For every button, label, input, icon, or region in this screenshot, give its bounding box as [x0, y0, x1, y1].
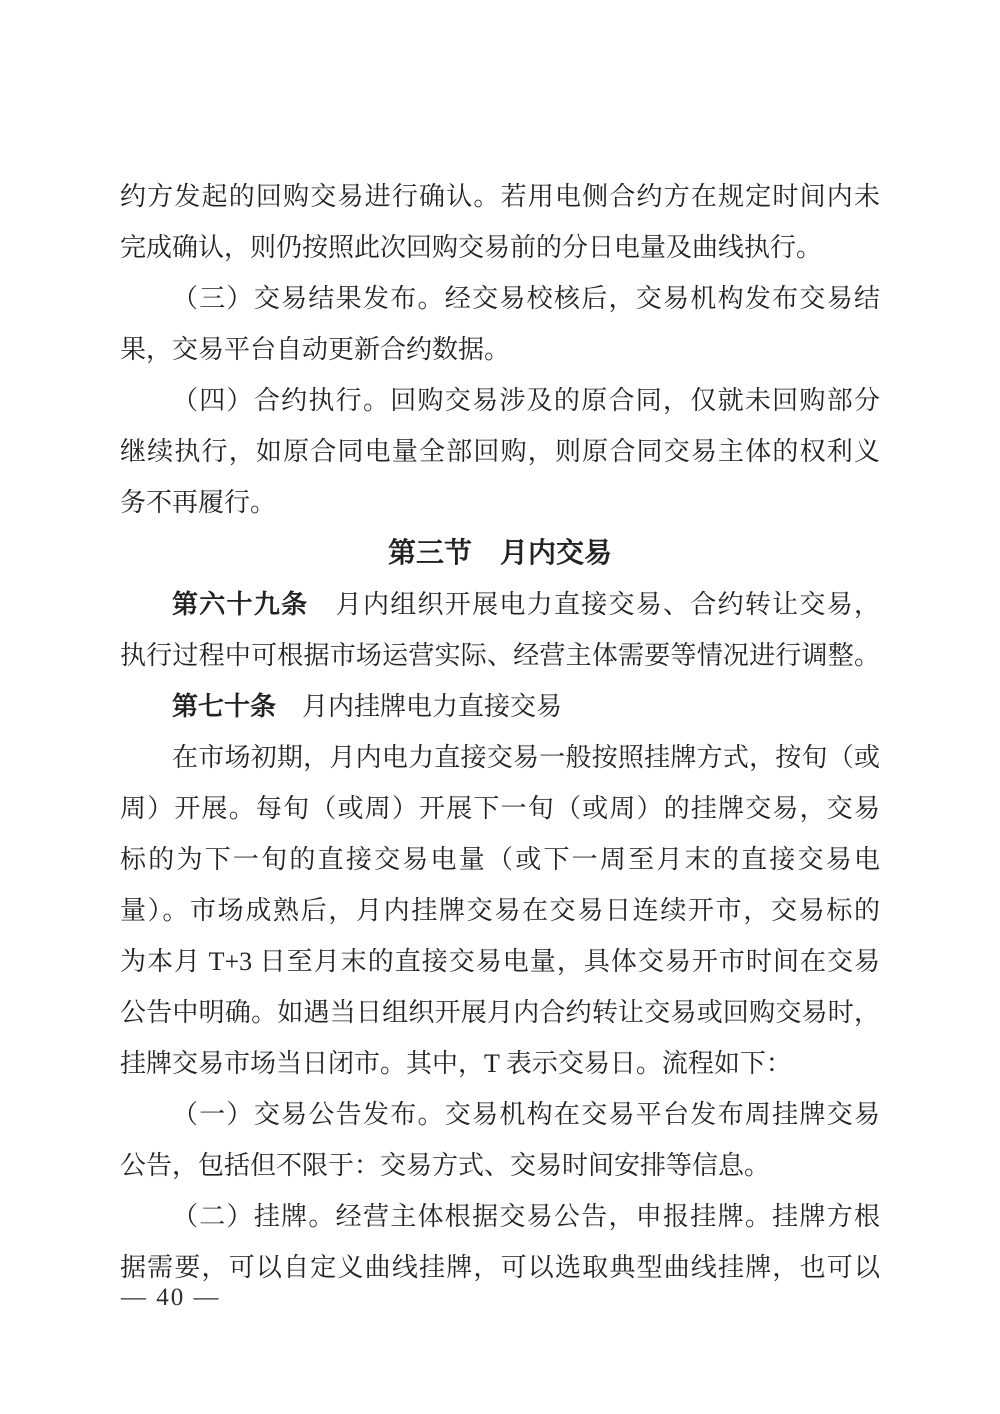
document-page: 约方发起的回购交易进行确认。若用电侧合约方在规定时间内未完成确认，则仍按照此次回… — [0, 0, 1000, 1414]
text-line: （一）交易公告发布。交易机构在交易平台发布周挂牌交易 — [120, 1089, 880, 1140]
section-heading: 第三节 月内交易 — [120, 528, 880, 579]
text-line: 果，交易平台自动更新合约数据。 — [120, 324, 880, 375]
text-line: 据需要，可以自定义曲线挂牌，可以选取典型曲线挂牌，也可以 — [120, 1242, 880, 1293]
text-line: 标的为下一旬的直接交易电量（或下一周至月末的直接交易电 — [120, 834, 880, 885]
text-line: 挂牌交易市场当日闭市。其中，T 表示交易日。流程如下： — [120, 1038, 880, 1089]
text-line: 量）。市场成熟后，月内挂牌交易在交易日连续开市，交易标的 — [120, 885, 880, 936]
article-number: 第六十九条 — [172, 590, 308, 619]
page-number: — 40 — — [121, 1283, 221, 1313]
text-line: 继续执行，如原合同电量全部回购，则原合同交易主体的权利义 — [120, 426, 880, 477]
text-line: 公告，包括但不限于：交易方式、交易时间安排等信息。 — [120, 1140, 880, 1191]
text-line: 完成确认，则仍按照此次回购交易前的分日电量及曲线执行。 — [120, 222, 880, 273]
text-line: 周）开展。每旬（或周）开展下一旬（或周）的挂牌交易，交易 — [120, 783, 880, 834]
text-line: 在市场初期，月内电力直接交易一般按照挂牌方式，按旬（或 — [120, 732, 880, 783]
article-number: 第七十条 — [172, 692, 276, 721]
text-line: 公告中明确。如遇当日组织开展月内合约转让交易或回购交易时， — [120, 987, 880, 1038]
text-line: 第六十九条 月内组织开展电力直接交易、合约转让交易， — [120, 579, 880, 630]
text-line: （三）交易结果发布。经交易校核后，交易机构发布交易结 — [120, 273, 880, 324]
text-line: 约方发起的回购交易进行确认。若用电侧合约方在规定时间内未 — [120, 171, 880, 222]
text-line: 为本月 T+3 日至月末的直接交易电量，具体交易开市时间在交易 — [120, 936, 880, 987]
text-line: 执行过程中可根据市场运营实际、经营主体需要等情况进行调整。 — [120, 630, 880, 681]
document-body: 约方发起的回购交易进行确认。若用电侧合约方在规定时间内未完成确认，则仍按照此次回… — [120, 171, 880, 1293]
text-line: 第七十条 月内挂牌电力直接交易 — [120, 681, 880, 732]
text-segment: 月内挂牌电力直接交易 — [276, 692, 562, 721]
text-line: （二）挂牌。经营主体根据交易公告，申报挂牌。挂牌方根 — [120, 1191, 880, 1242]
text-line: 务不再履行。 — [120, 477, 880, 528]
text-segment: 月内组织开展电力直接交易、合约转让交易， — [308, 590, 880, 619]
text-line: （四）合约执行。回购交易涉及的原合同，仅就未回购部分 — [120, 375, 880, 426]
